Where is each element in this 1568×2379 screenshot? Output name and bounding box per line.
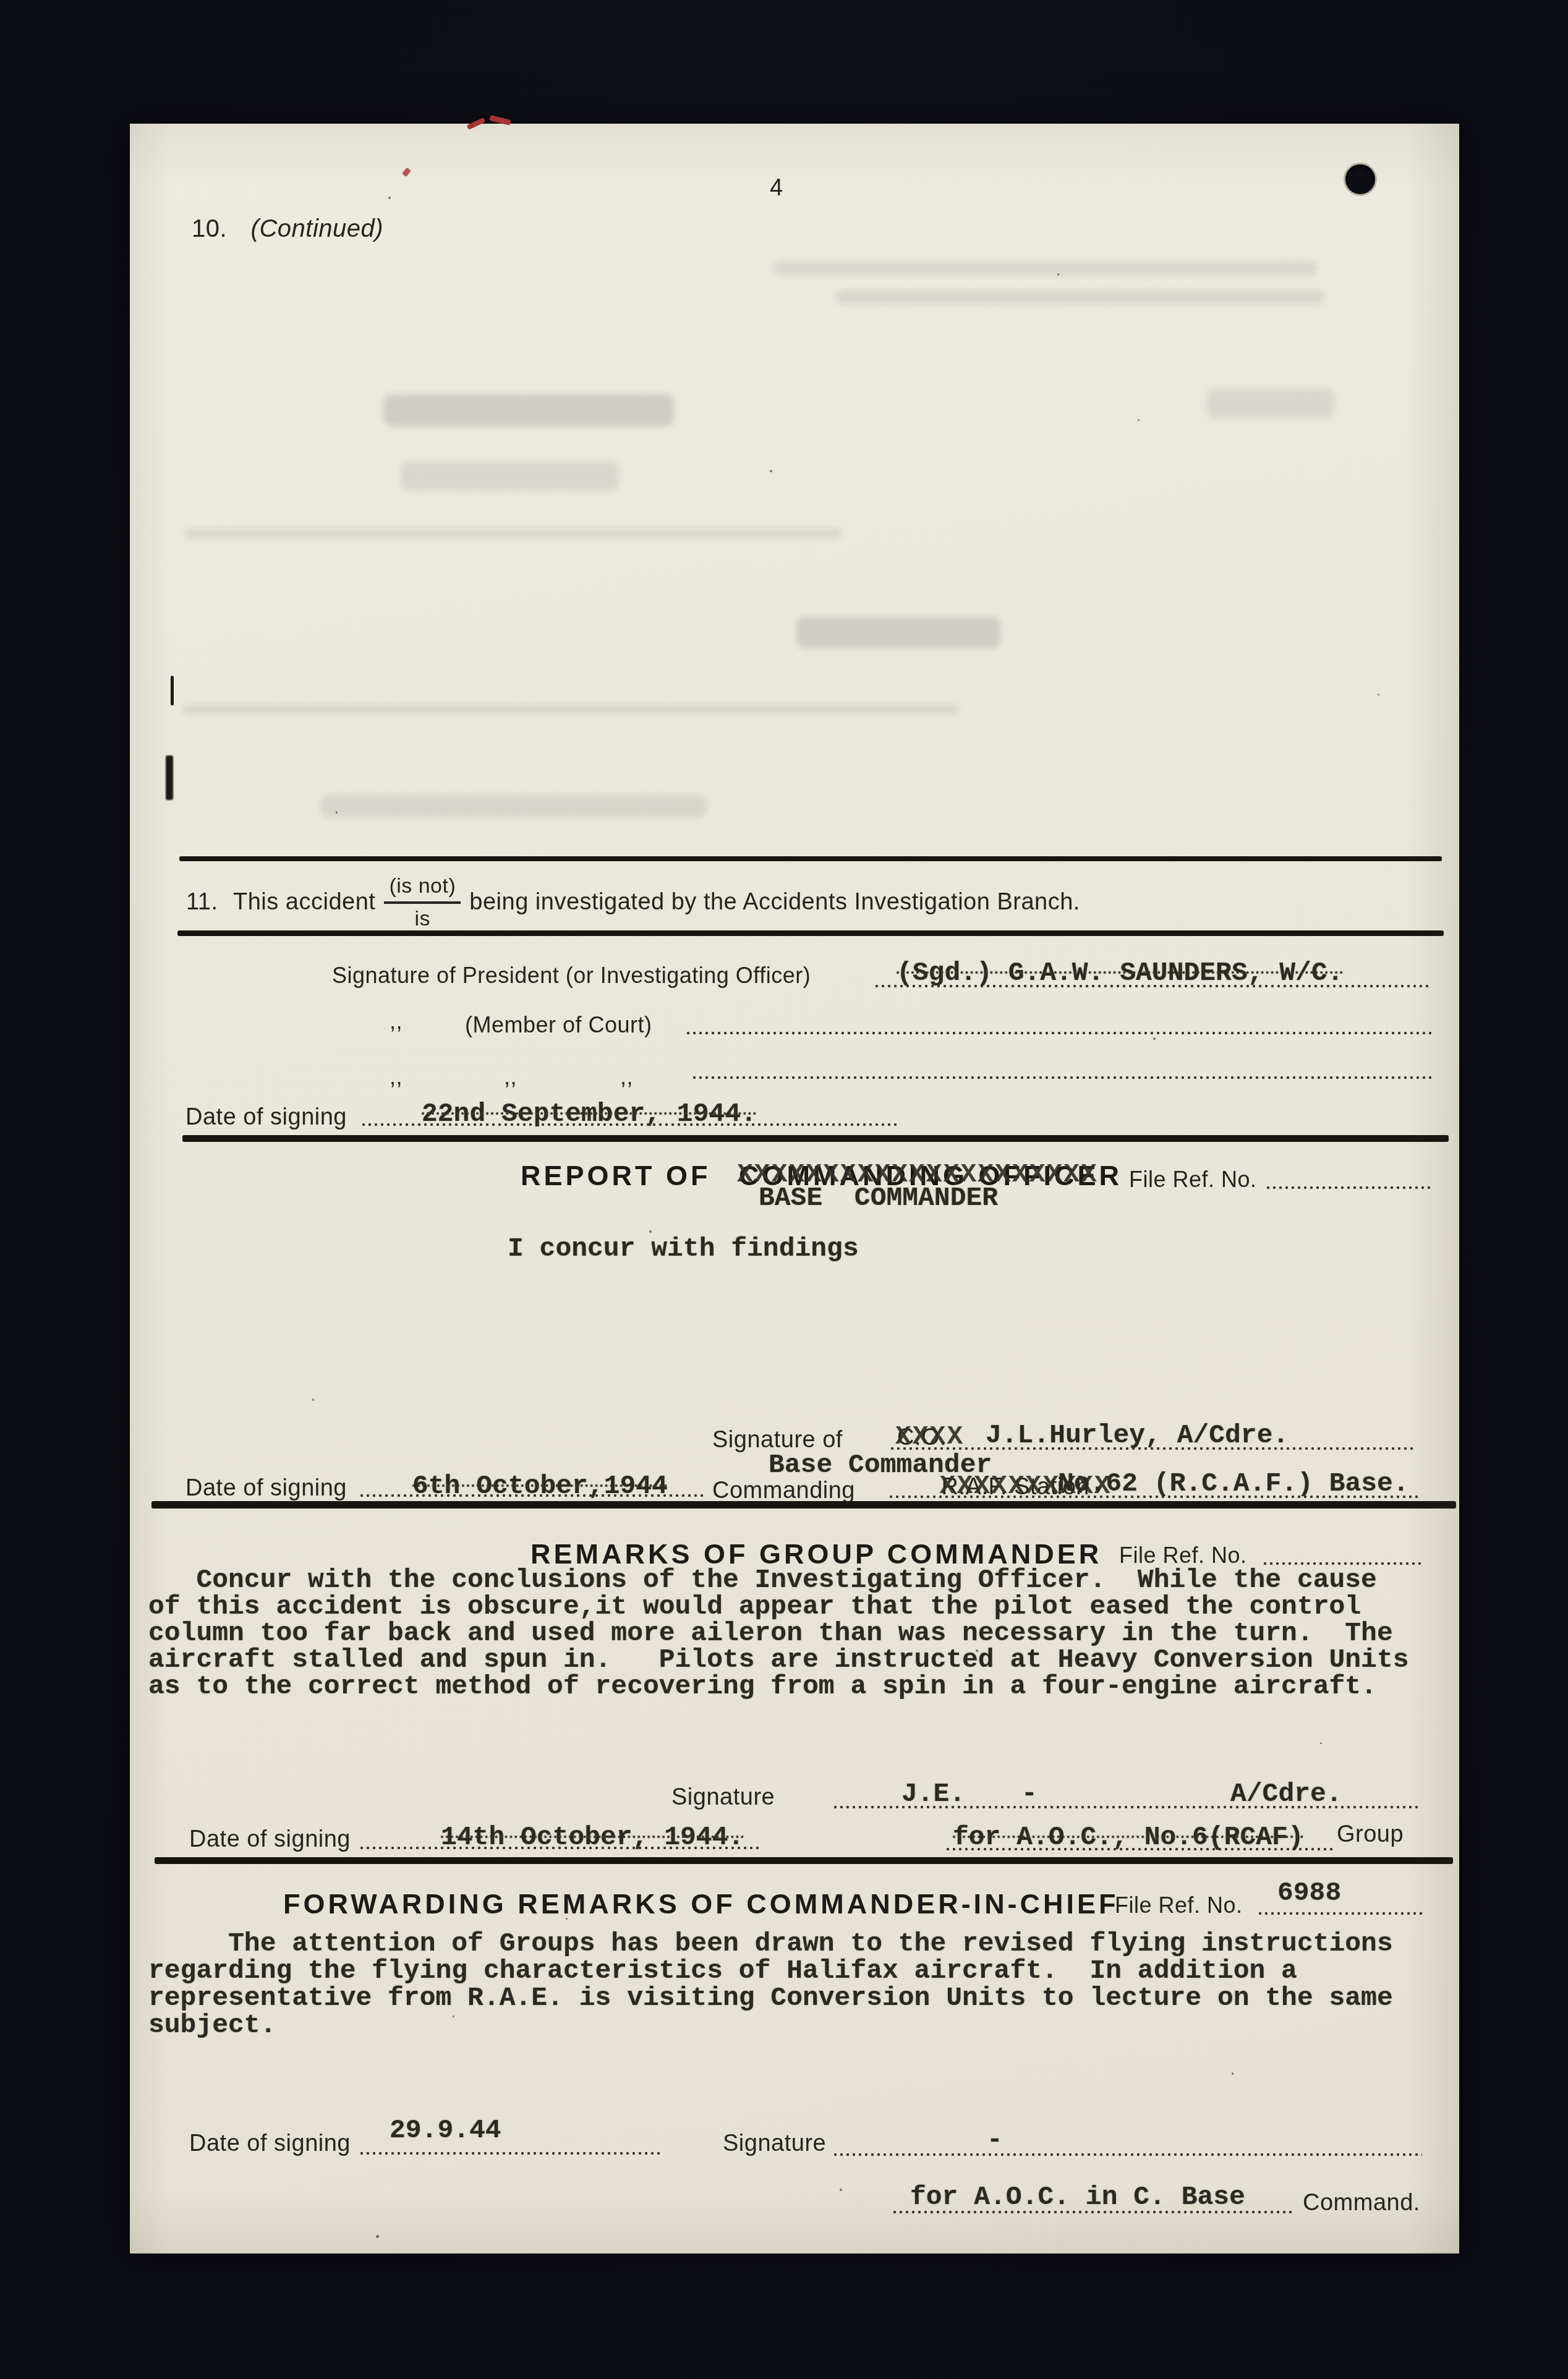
- paper-speck: [1057, 273, 1059, 276]
- section-11-text-before: This accident: [233, 889, 375, 916]
- signature-rank: A/Cdre.: [1230, 1781, 1342, 1807]
- for-aoc-in-c-value: for A.O.C. in C. Base: [910, 2184, 1245, 2210]
- file-ref-value: 6988: [1277, 1879, 1341, 1906]
- signature-dash: -: [1021, 1781, 1038, 1807]
- date-of-signing-value: 22nd September, 1944.: [422, 1100, 757, 1127]
- ditto-mark: ,,: [504, 1065, 517, 1089]
- continued-note: 10. (Continued): [192, 215, 383, 243]
- report-co-heading-prefix: REPORT OF: [521, 1160, 711, 1191]
- red-pen-mark: [467, 117, 486, 130]
- date-of-signing-value: 14th October, 1944.: [441, 1824, 744, 1850]
- bleed-through-smudge: [320, 795, 707, 817]
- horizontal-rule: [151, 1501, 1456, 1509]
- date-of-signing-value: 29.9.44: [390, 2117, 501, 2143]
- cinc-remarks-heading: FORWARDING REMARKS OF COMMANDER-IN-CHIEF: [283, 1888, 1119, 1920]
- paper-speck: [1232, 2072, 1234, 2075]
- horizontal-rule: [182, 1135, 1449, 1142]
- dotted-line: [686, 1031, 1434, 1035]
- paper-speck: [1138, 419, 1140, 421]
- section-11: 11. This accident (is not) is being inve…: [186, 873, 1080, 932]
- body-line: The attention of Groups has been drawn t…: [148, 1930, 1457, 1957]
- continued-label: (Continued): [251, 215, 384, 242]
- bleed-through-smudge: [383, 394, 674, 427]
- body-line: Concur with the conclusions of the Inves…: [148, 1567, 1457, 1593]
- commanding-value: No.62 (R.C.A.F.) Base.: [1058, 1470, 1409, 1497]
- overtype-x: XXXX: [895, 1422, 964, 1452]
- body-line: representative from R.A.E. is visiting C…: [148, 1985, 1457, 2012]
- horizontal-rule: [177, 930, 1444, 936]
- date-of-signing-value: 6th October,1944: [412, 1473, 668, 1499]
- president-signature-value: (Sgd.) G.A.W. SAUNDERS, W/C.: [897, 960, 1344, 986]
- member-of-court-label: (Member of Court): [465, 1013, 652, 1037]
- date-of-signing-label: Date of signing: [189, 1826, 351, 1853]
- commanding-label: Commanding: [712, 1478, 855, 1504]
- file-ref-label: File Ref. No.: [1129, 1167, 1257, 1192]
- ditto-mark: ,,: [390, 1009, 403, 1034]
- dotted-line: [833, 2153, 1422, 2156]
- bleed-through-smudge: [185, 529, 841, 538]
- dotted-line: [360, 2151, 663, 2155]
- body-line: regarding the flying characteristics of …: [148, 1957, 1457, 1985]
- base-commander-replacement: BASE COMMANDER: [759, 1185, 998, 1211]
- body-line: as to the correct method of recovering f…: [148, 1673, 1457, 1700]
- bleed-through-smudge: [1207, 388, 1334, 418]
- dotted-line: [1266, 1186, 1432, 1189]
- paper-speck: [649, 1230, 652, 1233]
- bleed-through-smudge: [836, 291, 1324, 304]
- signature-co-struck: C.O. XXXX: [897, 1424, 947, 1451]
- date-of-signing-label: Date of signing: [185, 1475, 347, 1502]
- item-number: 11.: [186, 889, 233, 916]
- paper-speck: [1320, 1742, 1322, 1744]
- signature-initials: J.E.: [901, 1781, 965, 1807]
- body-line: of this accident is obscure,it would app…: [148, 1593, 1457, 1620]
- continued-item-number: 10.: [192, 215, 227, 242]
- dotted-line: [1258, 1912, 1422, 1915]
- page-number: 4: [770, 175, 783, 202]
- scanned-page: 4 10. (Continued) 11. This accident (is …: [130, 124, 1459, 2253]
- bleed-through-smudge: [402, 461, 618, 491]
- scan-background: 4 10. (Continued) 11. This accident (is …: [0, 0, 1568, 2379]
- bleed-through-smudge: [182, 705, 958, 714]
- dotted-line: [692, 1076, 1434, 1079]
- horizontal-rule: [155, 1857, 1453, 1864]
- body-line: subject.: [148, 2012, 1457, 2039]
- ink-mark: [166, 755, 173, 800]
- paper-speck: [770, 470, 772, 472]
- co-remarks-body: I concur with findings: [508, 1235, 859, 1262]
- body-line: column too far back and used more ailero…: [148, 1620, 1457, 1646]
- group-label: Group: [1337, 1821, 1404, 1848]
- horizontal-rule: [179, 856, 1442, 861]
- ditto-mark: ,,: [620, 1065, 633, 1089]
- paper-speck: [376, 2235, 379, 2238]
- ink-mark: [171, 676, 174, 705]
- fraction-top: (is not): [384, 874, 461, 903]
- bleed-through-smudge: [796, 617, 1000, 648]
- red-pen-mark: [489, 115, 511, 126]
- ditto-mark: ,,: [390, 1065, 403, 1089]
- section-11-text-after: being investigated by the Accidents Inve…: [469, 889, 1080, 916]
- signature-label: Signature: [671, 1784, 775, 1811]
- date-of-signing-label: Date of signing: [185, 1104, 347, 1131]
- file-ref-label: File Ref. No.: [1115, 1893, 1243, 1918]
- command-label: Command.: [1303, 2190, 1420, 2216]
- red-pen-speck: [402, 168, 411, 177]
- fraction-bottom: is: [415, 904, 431, 930]
- paper-speck: [1378, 694, 1379, 696]
- signature-value: -: [987, 2127, 1003, 2153]
- paper-speck: [312, 1398, 314, 1401]
- for-aoc-group-value: for A.O.C., No.6(RCAF): [953, 1824, 1304, 1850]
- paper-speck: [336, 811, 338, 814]
- is-not-fraction: (is not) is: [384, 874, 461, 930]
- date-of-signing-label: Date of signing: [189, 2130, 351, 2157]
- paper-speck: [840, 2189, 842, 2191]
- president-signature-label: Signature of President (or Investigating…: [332, 963, 811, 988]
- punch-hole: [1345, 164, 1375, 194]
- signature-co-value: J.L.Hurley, A/Cdre.: [986, 1422, 1289, 1449]
- group-remarks-body: Concur with the conclusions of the Inves…: [148, 1567, 1457, 1700]
- bleed-through-smudge: [773, 261, 1317, 276]
- paper-speck: [388, 197, 391, 199]
- cinc-remarks-body: The attention of Groups has been drawn t…: [148, 1930, 1457, 2039]
- paper-speck: [1153, 1037, 1156, 1040]
- signature-label: Signature: [723, 2130, 826, 2157]
- body-line: aircraft stalled and spun in. Pilots are…: [148, 1646, 1457, 1673]
